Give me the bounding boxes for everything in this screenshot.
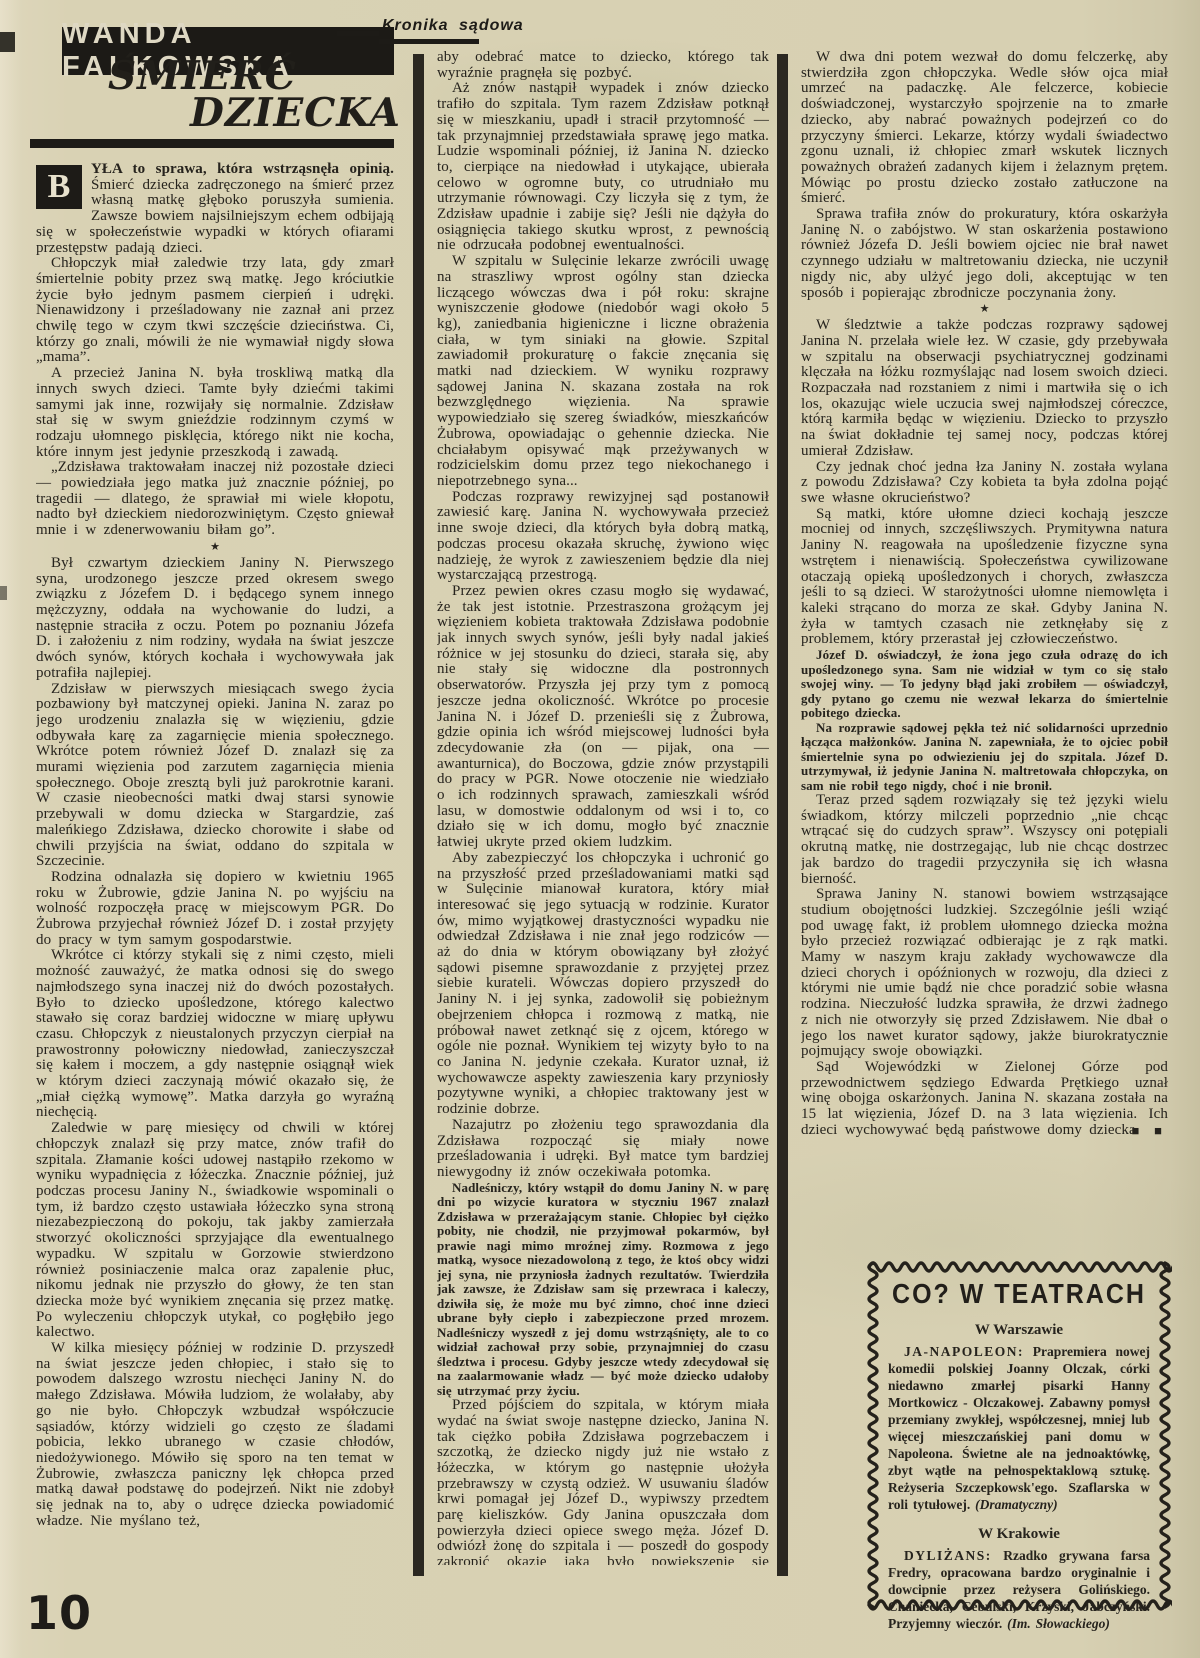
article-title-line2: DZIECKA: [190, 94, 401, 133]
section-header: Kronika sądowa: [382, 17, 524, 35]
column-2: aby odebrać matce to dziecko, którego ta…: [437, 50, 769, 1565]
paragraph: Przed pójściem do szpitala, w którym mia…: [437, 1398, 769, 1565]
paragraph: W dwa dni potem wezwał do domu felczerkę…: [801, 50, 1168, 207]
title-rule: [30, 139, 394, 148]
paragraph: Chłopczyk miał zaledwie trzy lata, gdy z…: [36, 256, 394, 366]
paragraph: Zaledwie w parę miesięcy od chwili w któ…: [36, 1121, 394, 1341]
theatre-name: (Dramatyczny): [975, 1497, 1057, 1512]
paragraph: Aż znów nastąpił wypadek i znów dziecko …: [437, 81, 769, 254]
theatre-city-krakow: W Krakowie: [888, 1526, 1150, 1543]
paragraph: Podczas rozprawy rewizyjnej sąd postanow…: [437, 490, 769, 584]
paragraph: W śledztwie a także podczas rozprawy sąd…: [801, 318, 1168, 459]
star-icon: ★: [801, 301, 1168, 318]
section-rule-under: [379, 39, 479, 44]
newspaper-page: WANDA FALKOWSKA ŚMIERĆ DZIECKA Kronika s…: [0, 0, 1200, 1658]
column-divider-2: [777, 54, 788, 1576]
paragraph: W szpitalu w Sulęcinie lekarze zwrócili …: [437, 254, 769, 490]
star-icon: ★: [36, 539, 394, 556]
paragraph: W kilka miesięcy później w rodzinie D. p…: [36, 1341, 394, 1529]
paragraph: Wkrótce ci którzy stykali się z nimi czę…: [36, 948, 394, 1121]
paragraph: Sprawa Janiny N. stanowi bowiem wstrząsa…: [801, 887, 1168, 1060]
page-edge-mark: [0, 32, 15, 52]
theatre-box: CO? W TEATRACH W Warszawie JA-NAPOLEON: …: [866, 1260, 1172, 1612]
paragraph: Nazajutrz po złożeniu tego sprawozdania …: [437, 1118, 769, 1181]
paragraph-bold: Na rozprawie sądowej pękła też nić solid…: [801, 721, 1168, 794]
page-number: 10: [26, 1586, 92, 1640]
paragraph: Zdzisław w pierwszych miesiącach swego ż…: [36, 682, 394, 870]
paragraph-bold: Nadleśniczy, który wstąpił do domu Janin…: [437, 1181, 769, 1399]
paragraph: Aby zabezpieczyć los chłopczyka i uchron…: [437, 851, 769, 1118]
paragraph: aby odebrać matce to dziecko, którego ta…: [437, 50, 769, 81]
section-rule-left: [337, 31, 379, 36]
paragraph: A przecież Janina N. była troskliwą matk…: [36, 366, 394, 460]
play-name: JA-NAPOLEON:: [904, 1344, 1024, 1359]
theatre-city-warsaw: W Warszawie: [888, 1322, 1150, 1339]
paragraph: Sąd Wojewódzki w Zielonej Górze pod prze…: [801, 1060, 1168, 1139]
theatre-review-krakow: DYLIŻANS: Rzadko grywana farsa Fredry, o…: [888, 1547, 1150, 1632]
paragraph-bold: Józef D. oświadczył, że żona jego czuła …: [801, 648, 1168, 721]
review-text: Prapremiera nowej komedii polskiej Joann…: [888, 1344, 1150, 1512]
drop-cap: B: [36, 165, 82, 209]
play-name: DYLIŻANS:: [904, 1548, 992, 1563]
body-text: Śmierć dziecka zadręczonego na śmierć pr…: [36, 177, 394, 256]
paragraph: Teraz przed sądem rozwiązały się też jęz…: [801, 793, 1168, 887]
paragraph: Był czwartym dzieckiem Janiny N. Pierwsz…: [36, 556, 394, 682]
paragraph: BYŁA to sprawa, która wstrząsnęła opinią…: [36, 162, 394, 256]
paragraph: Są matki, które ułomne dzieci kochają je…: [801, 507, 1168, 648]
page-edge-mark: [0, 586, 7, 600]
column-3: W dwa dni potem wezwał do domu felczerkę…: [801, 50, 1168, 1228]
column-1: BYŁA to sprawa, która wstrząsnęła opinią…: [36, 162, 394, 1562]
paragraph: Rodzina odnalazła się dopiero w kwietniu…: [36, 870, 394, 949]
paragraph: Przez pewien okres czasu mogło się wydaw…: [437, 584, 769, 851]
theatre-name: (Im. Słowackiego): [1007, 1616, 1110, 1631]
paragraph: Sprawa trafiła znów do prokuratury, któr…: [801, 207, 1168, 301]
column-divider-1: [413, 54, 424, 1576]
paragraph: „Zdzisława traktowałam inaczej niż pozos…: [36, 460, 394, 539]
theatre-title: CO? W TEATRACH: [888, 1278, 1150, 1310]
paragraph: Czy jednak choć jedna łza Janiny N. zost…: [801, 460, 1168, 507]
theatre-box-content: CO? W TEATRACH W Warszawie JA-NAPOLEON: …: [888, 1274, 1150, 1636]
lead-text: YŁA to sprawa, która wstrząsnęła opinią.: [91, 162, 394, 177]
theatre-review-warsaw: JA-NAPOLEON: Prapremiera nowej komedii p…: [888, 1343, 1150, 1513]
